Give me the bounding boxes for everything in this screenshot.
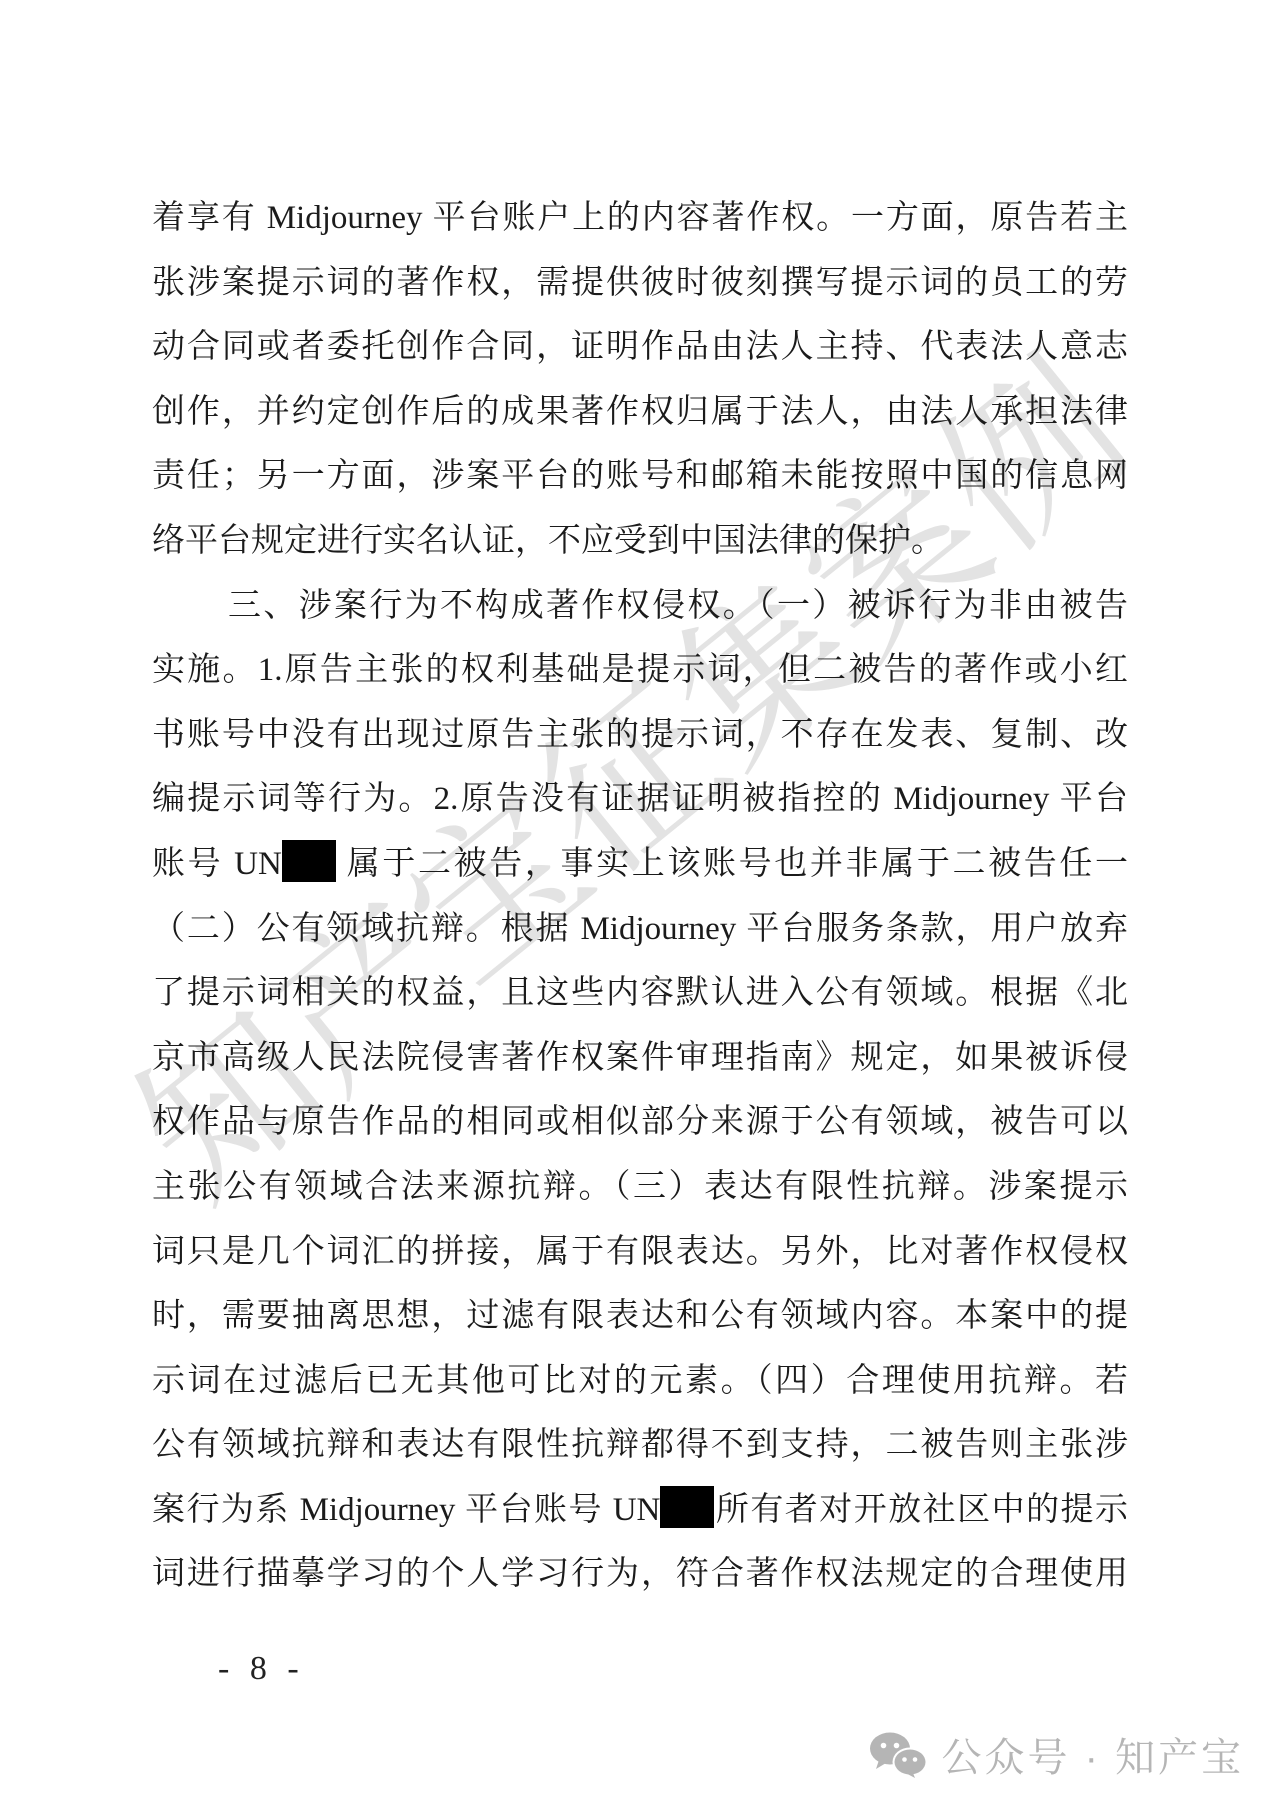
text-line: 时，需要抽离思想，过滤有限表达和公有领域内容。本案中的提 — [152, 1284, 1128, 1349]
text-line: 动合同或者委托创作合同，证明作品由法人主持、代表法人意志 — [152, 315, 1128, 380]
text-segment: 案行为系 Midjourney 平台账号 UN — [152, 1492, 660, 1528]
document-page: 知产宝征集案例 着享有 Midjourney 平台账户上的内容著作权。一方面，原… — [0, 0, 1280, 1810]
redaction-box — [660, 1486, 714, 1528]
text-line-section-heading: 三、涉案行为不构成著作权侵权。（一）被诉行为非由被告 — [152, 574, 1128, 639]
text-line: 书账号中没有出现过原告主张的提示词，不存在发表、复制、改 — [152, 703, 1128, 768]
text-line: 创作，并约定创作后的成果著作权归属于法人，由法人承担法律 — [152, 380, 1128, 445]
page-number: - 8 - — [218, 1650, 305, 1688]
text-line: 词进行描摹学习的个人学习行为，符合著作权法规定的合理使用 — [152, 1542, 1128, 1607]
text-line: 编提示词等行为。2.原告没有证据证明被指控的 Midjourney 平台 — [152, 767, 1128, 832]
text-line-with-redaction: 案行为系 Midjourney 平台账号 UN所有者对开放社区中的提示 — [152, 1478, 1128, 1543]
redaction-box — [282, 840, 336, 882]
text-line: 词只是几个词汇的拼接，属于有限表达。另外，比对著作权侵权 — [152, 1220, 1128, 1285]
wechat-icon — [869, 1732, 927, 1778]
wechat-footer: 公众号 · 知产宝 — [869, 1726, 1244, 1783]
text-line: 着享有 Midjourney 平台账户上的内容著作权。一方面，原告若主 — [152, 186, 1128, 251]
text-line: 实施。1.原告主张的权利基础是提示词，但二被告的著作或小红 — [152, 638, 1128, 703]
text-line: 示词在过滤后已无其他可比对的元素。（四）合理使用抗辩。若 — [152, 1349, 1128, 1414]
text-line: 了提示词相关的权益，且这些内容默认进入公有领域。根据《北 — [152, 961, 1128, 1026]
text-line-with-redaction: 账号 UN 属于二被告，事实上该账号也并非属于二被告任一人。 — [152, 832, 1128, 897]
text-segment: 所有者对开放社区中的提示 — [714, 1492, 1128, 1528]
document-body: 着享有 Midjourney 平台账户上的内容著作权。一方面，原告若主 张涉案提… — [152, 186, 1128, 1607]
wechat-footer-label: 公众号 · 知产宝 — [941, 1726, 1244, 1783]
text-line: 公有领域抗辩和表达有限性抗辩都得不到支持，二被告则主张涉 — [152, 1413, 1128, 1478]
text-line: 络平台规定进行实名认证，不应受到中国法律的保护。 — [152, 509, 1128, 574]
text-line: 张涉案提示词的著作权，需提供彼时彼刻撰写提示词的员工的劳 — [152, 251, 1128, 316]
text-segment: 账号 UN — [152, 846, 282, 882]
text-line: 权作品与原告作品的相同或相似部分来源于公有领域，被告可以 — [152, 1090, 1128, 1155]
text-line: 京市高级人民法院侵害著作权案件审理指南》规定，如果被诉侵 — [152, 1026, 1128, 1091]
text-line: （二）公有领域抗辩。根据 Midjourney 平台服务条款，用户放弃 — [152, 897, 1128, 962]
text-line: 责任；另一方面，涉案平台的账号和邮箱未能按照中国的信息网 — [152, 444, 1128, 509]
text-line: 主张公有领域合法来源抗辩。（三）表达有限性抗辩。涉案提示 — [152, 1155, 1128, 1220]
